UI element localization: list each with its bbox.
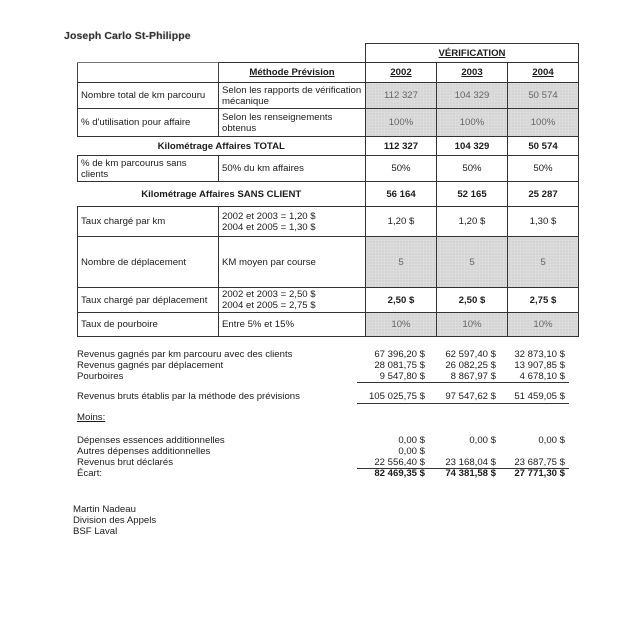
revenue-per-km-2004: 32 873,10 $: [473, 349, 565, 360]
cell-value: 10%: [437, 313, 508, 337]
table-row-trips: Nombre de déplacement KM moyen par cours…: [78, 237, 579, 288]
cell-value: 5: [437, 237, 508, 288]
cell-value: 1,20 $: [437, 207, 508, 237]
verification-table: VÉRIFICATION Méthode Prévision 2002 2003…: [77, 43, 579, 337]
cell-value: 104 329: [437, 137, 508, 156]
cell-value: 100%: [366, 109, 437, 137]
table-row-km-total: Nombre total de km parcouru Selon les ra…: [78, 83, 579, 109]
gap-label: Écart:: [77, 468, 102, 479]
row-label: Kilométrage Affaires TOTAL: [78, 137, 366, 156]
cell-value: 1,30 $: [508, 207, 579, 237]
table-row-rate-per-trip: Taux chargé par déplacement 2002 et 2003…: [78, 288, 579, 313]
row-label: % d'utilisation pour affaire: [78, 109, 219, 137]
row-label: Taux chargé par déplacement: [78, 288, 219, 313]
cell-value: 50%: [437, 156, 508, 182]
cell-value: 1,20 $: [366, 207, 437, 237]
tips-2004: 4 678,10 $: [473, 371, 565, 382]
declared-revenue-label: Revenus brut déclarés: [77, 457, 173, 468]
cell-value: 50%: [366, 156, 437, 182]
cell-value: 112 327: [366, 83, 437, 109]
table-row-km-business-total: Kilométrage Affaires TOTAL 112 327 104 3…: [78, 137, 579, 156]
cell-value: 25 287: [508, 182, 579, 207]
cell-value: 100%: [437, 109, 508, 137]
revenue-per-trip-2004: 13 907,85 $: [473, 360, 565, 371]
row-method: 2002 et 2003 = 2,50 $2004 et 2005 = 2,75…: [219, 288, 366, 313]
cell-value: 100%: [508, 109, 579, 137]
signatory-name: Martin Nadeau: [73, 504, 136, 515]
fuel-expenses-label: Dépenses essences additionnelles: [77, 435, 225, 446]
cell-value: 112 327: [366, 137, 437, 156]
cell-value: 50%: [508, 156, 579, 182]
cell-value: 10%: [366, 313, 437, 337]
table-row-tip-rate: Taux de pourboire Entre 5% et 15% 10% 10…: [78, 313, 579, 337]
row-label: Kilométrage Affaires SANS CLIENT: [78, 182, 366, 207]
row-method: 50% du km affaires: [219, 156, 366, 182]
blank-header-cell: [78, 63, 219, 83]
table-row-pct-business: % d'utilisation pour affaire Selon les r…: [78, 109, 579, 137]
gross-revenue-label: Revenus bruts établis par la méthode des…: [77, 391, 300, 402]
table-row-km-no-client: Kilométrage Affaires SANS CLIENT 56 164 …: [78, 182, 579, 207]
signatory-division: Division des Appels: [73, 515, 156, 526]
subtotal-rule: [357, 382, 569, 383]
gross-revenue-2004: 51 459,05 $: [473, 391, 565, 402]
method-header: Méthode Prévision: [219, 63, 366, 83]
row-method: Entre 5% et 15%: [219, 313, 366, 337]
cell-value: 52 165: [437, 182, 508, 207]
cell-value: 56 164: [366, 182, 437, 207]
table-row-pct-no-client: % de km parcourus sans clients 50% du km…: [78, 156, 579, 182]
year-header-2004: 2004: [508, 63, 579, 83]
fuel-2004: 0,00 $: [473, 435, 565, 446]
cell-value: 5: [508, 237, 579, 288]
tips-label: Pourboires: [77, 371, 123, 382]
cell-value: 5: [366, 237, 437, 288]
taxpayer-name: Joseph Carlo St-Philippe: [64, 30, 191, 42]
revenue-per-trip-label: Revenus gagnés par déplacement: [77, 360, 223, 371]
cell-value: 104 329: [437, 83, 508, 109]
deductions-heading: Moins:: [77, 412, 105, 423]
year-header-2002: 2002: [366, 63, 437, 83]
declared-2004: 23 687,75 $: [473, 457, 565, 468]
table-row-rate-per-km: Taux chargé par km 2002 et 2003 = 1,20 $…: [78, 207, 579, 237]
row-label: Nombre de déplacement: [78, 237, 219, 288]
gap-2004: 27 771,30 $: [473, 468, 565, 479]
cell-value: 2,50 $: [366, 288, 437, 313]
row-label: Taux de pourboire: [78, 313, 219, 337]
row-method: KM moyen par course: [219, 237, 366, 288]
row-label: Taux chargé par km: [78, 207, 219, 237]
cell-value: 50 574: [508, 83, 579, 109]
gross-rule: [357, 403, 569, 404]
row-label: % de km parcourus sans clients: [78, 156, 219, 182]
revenue-per-km-label: Revenus gagnés par km parcouru avec des …: [77, 349, 292, 360]
row-method: 2002 et 2003 = 1,20 $2004 et 2005 = 1,30…: [219, 207, 366, 237]
row-method: Selon les renseignements obtenus: [219, 109, 366, 137]
verification-header: VÉRIFICATION: [366, 44, 579, 63]
cell-value: 2,50 $: [437, 288, 508, 313]
cell-value: 2,75 $: [508, 288, 579, 313]
signatory-office: BSF Laval: [73, 526, 117, 537]
year-header-2003: 2003: [437, 63, 508, 83]
row-method: Selon les rapports de vérification mécan…: [219, 83, 366, 109]
other-2002: 0,00 $: [333, 446, 425, 457]
cell-value: 10%: [508, 313, 579, 337]
cell-value: 50 574: [508, 137, 579, 156]
other-expenses-label: Autres dépenses additionnelles: [77, 446, 210, 457]
row-label: Nombre total de km parcouru: [78, 83, 219, 109]
